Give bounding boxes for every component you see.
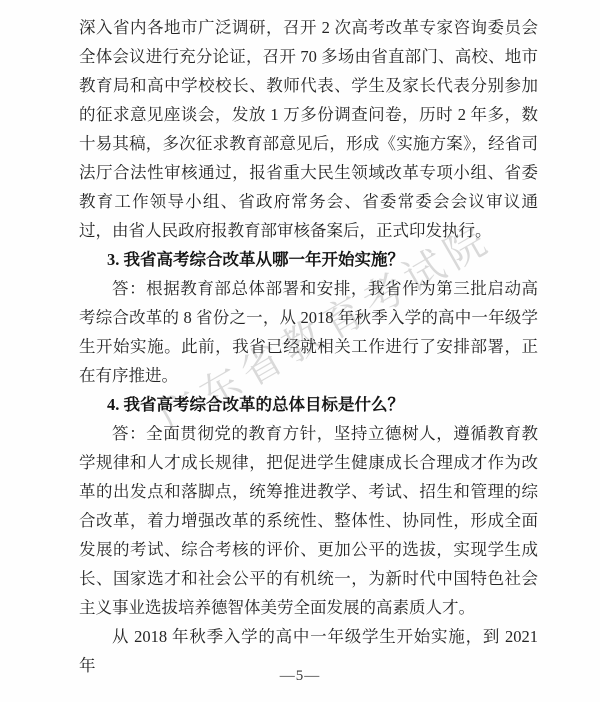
page-number: —5—	[0, 668, 600, 685]
document-body: 深入省内各地市广泛调研，召开 2 次高考改革专家咨询委员会全体会议进行充分论证，…	[79, 13, 538, 680]
section-heading: 3. 我省高考综合改革从哪一年开始实施？	[79, 245, 538, 274]
section-heading: 4. 我省高考综合改革的总体目标是什么？	[79, 390, 538, 419]
paragraph: 答：全面贯彻党的教育方针，坚持立德树人，遵循教育教学规律和人才成长规律，把促进学…	[79, 419, 538, 622]
document-page: 广东省教育考试院 深入省内各地市广泛调研，召开 2 次高考改革专家咨询委员会全体…	[0, 0, 600, 702]
paragraph: 深入省内各地市广泛调研，召开 2 次高考改革专家咨询委员会全体会议进行充分论证，…	[79, 13, 538, 245]
paragraph: 答：根据教育部总体部署和安排，我省作为第三批启动高考综合改革的 8 省份之一，从…	[79, 274, 538, 390]
